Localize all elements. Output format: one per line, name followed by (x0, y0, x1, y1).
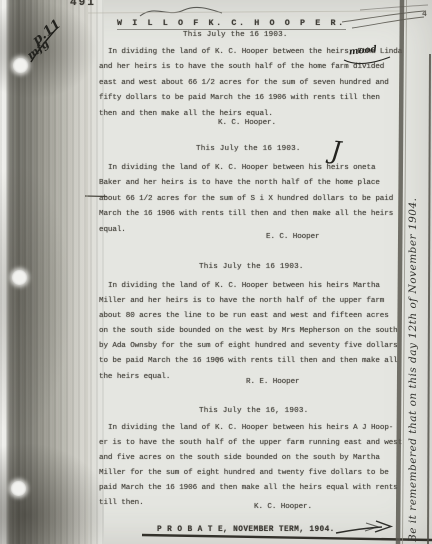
bottom-rule-line (142, 535, 432, 540)
corner-fold-lines (342, 5, 428, 28)
scan-marks-overlay (0, 0, 432, 544)
handwritten-right-margin-note: Be it remembered that on this day 12th o… (401, 158, 427, 542)
hand-arrow (336, 521, 391, 533)
handwritten-right-margin-note-text: Be it remembered that on this day 12th o… (401, 158, 425, 542)
scanned-will-document-page: 491 W I L L O F K. C. H O O P E R. This … (0, 0, 432, 544)
margin-dash-mark (85, 196, 107, 197)
ledger-rule-lines (87, 4, 400, 544)
mood-underline-flourish (344, 57, 390, 64)
title-flourish-line (140, 7, 222, 16)
